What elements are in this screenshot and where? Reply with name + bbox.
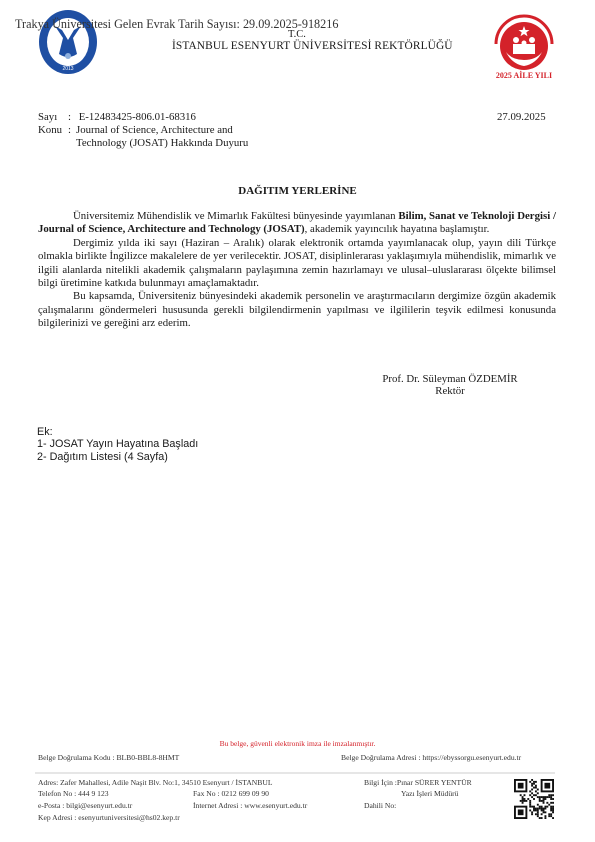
sayi-value: E-12483425-806.01-68316 <box>79 111 196 123</box>
attachment-item[interactable]: 2- Dağıtım Listesi (4 Sayfa) <box>37 451 198 463</box>
footer-phone: Telefon No : 444 9 123 <box>38 788 109 799</box>
qr-code-icon <box>514 779 554 819</box>
footer-fax: Fax No : 0212 699 09 90 <box>193 788 269 799</box>
svg-text:2013: 2013 <box>62 66 73 72</box>
document-date: 27.09.2025 <box>497 111 546 123</box>
recipient-heading: DAĞITIM YERLERİNE <box>0 185 595 197</box>
paragraph-3: Bu kapsamda, Üniversiteniz bünyesindeki … <box>38 290 556 330</box>
family-year-label: 2025 AİLE YILI <box>484 71 564 80</box>
footer-contact-person: Bilgi İçin :Pınar SÜRER YENTÜR <box>364 777 472 788</box>
verification-address[interactable]: Belge Doğrulama Adresi : https://ebyssor… <box>341 753 521 762</box>
footer-contact-title: Yazı İşleri Müdürü <box>401 788 458 799</box>
document-subject: Konu: Journal of Science, Architecture a… <box>38 124 286 150</box>
institution-title: İSTANBUL ESENYURT ÜNİVERSİTESİ REKTÖRLÜĞ… <box>172 40 453 52</box>
sayi-label: Sayı <box>38 111 68 124</box>
paragraph-1: Üniversitemiz Mühendislik ve Mimarlık Fa… <box>38 210 556 237</box>
signatory-name: Prof. Dr. Süleyman ÖZDEMİR <box>380 373 520 385</box>
signature-block: Prof. Dr. Süleyman ÖZDEMİR Rektör <box>380 373 520 397</box>
konu-value: Journal of Science, Architecture and Tec… <box>76 124 286 150</box>
e-signature-note: Bu belge, güvenli elektronik imza ile im… <box>0 739 595 748</box>
letter-body: Üniversitemiz Mühendislik ve Mimarlık Fa… <box>38 210 556 331</box>
attachment-item[interactable]: 1- JOSAT Yayın Hayatına Başladı <box>37 438 198 450</box>
signatory-title: Rektör <box>380 385 520 397</box>
footer-website[interactable]: İnternet Adresi : www.esenyurt.edu.tr <box>193 800 307 811</box>
footer-extension: Dahili No: <box>364 800 396 811</box>
footer-divider <box>35 772 555 774</box>
attachments-label: Ek: <box>37 426 198 438</box>
paragraph-2: Dergimiz yılda iki sayı (Haziran – Aralı… <box>38 237 556 291</box>
verification-code: Belge Doğrulama Kodu : BLB0-BBL8-8HMT <box>38 753 179 762</box>
konu-label: Konu <box>38 124 68 150</box>
tc-label: T.C. <box>288 29 306 40</box>
document-number: Sayı: E-12483425-806.01-68316 <box>38 111 196 124</box>
footer-address: Adres: Zafer Mahallesi, Adile Naşit Blv.… <box>38 777 272 788</box>
attachments: Ek: 1- JOSAT Yayın Hayatına Başladı 2- D… <box>37 426 198 463</box>
footer-kep: Kep Adresi : esenyurtuniversitesi@hs02.k… <box>38 812 180 823</box>
footer-email[interactable]: e-Posta : bilgi@esenyurt.edu.tr <box>38 800 132 811</box>
